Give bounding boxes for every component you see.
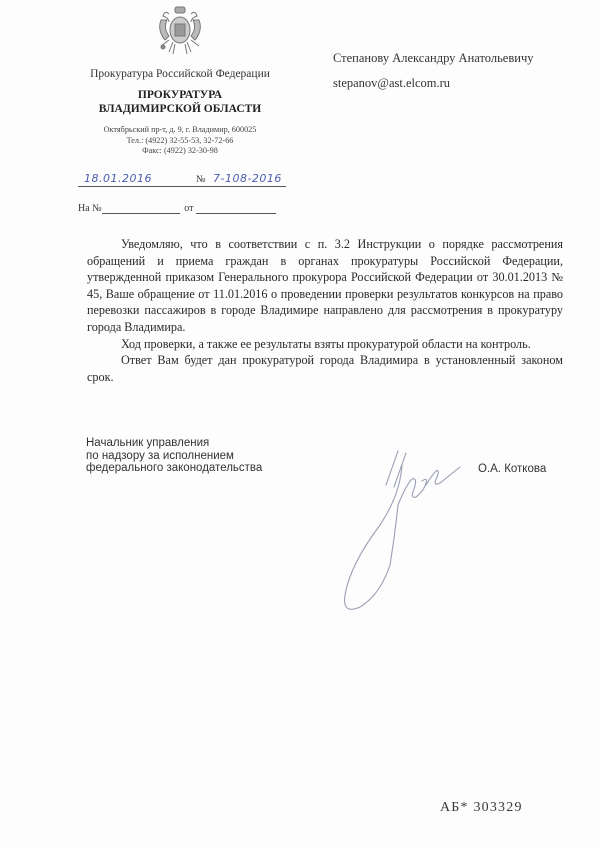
org-address: Октябрьский пр-т, д. 9, г. Владимир, 600…: [60, 125, 300, 136]
form-serial-number: АБ* 303329: [440, 800, 523, 816]
org-title-line1: ПРОКУРАТУРА: [60, 88, 300, 102]
reference-label: На №: [78, 203, 102, 214]
signer-position: Начальник управления по надзору за испол…: [86, 437, 262, 475]
position-line: по надзору за исполнением: [86, 450, 262, 463]
position-line: Начальник управления: [86, 437, 262, 450]
number-label: №: [196, 174, 206, 185]
reference-number-blank: [102, 203, 180, 214]
org-parent-name: Прокуратура Российской Федерации: [60, 68, 300, 80]
body-paragraph: Ход проверки, а также ее результаты взят…: [87, 336, 563, 353]
registration-line: 18.01.2016 № 7-108-2016: [78, 172, 286, 187]
org-title: ПРОКУРАТУРА ВЛАДИМИРСКОЙ ОБЛАСТИ: [60, 88, 300, 116]
org-fax: Факс: (4922) 32-30-98: [60, 146, 300, 157]
org-phone: Тел.: (4922) 32-55-53, 32-72-66: [60, 136, 300, 147]
handwritten-signature-icon: [340, 445, 480, 620]
body-paragraph: Уведомляю, что в соответствии с п. 3.2 И…: [87, 236, 563, 336]
letter-body: Уведомляю, что в соответствии с п. 3.2 И…: [87, 236, 563, 385]
position-line: федерального законодательства: [86, 462, 262, 475]
recipient-email: stepanov@ast.elcom.ru: [333, 76, 450, 91]
reference-from-label: от: [184, 203, 193, 214]
signer-name: О.А. Коткова: [478, 463, 546, 475]
body-paragraph: Ответ Вам будет дан прокуратурой города …: [87, 352, 563, 385]
org-contacts: Октябрьский пр-т, д. 9, г. Владимир, 600…: [60, 125, 300, 157]
registration-number: 7-108-2016: [213, 172, 282, 185]
reference-line: На № от: [78, 203, 276, 214]
reference-date-blank: [196, 203, 276, 214]
registration-date: 18.01.2016: [84, 172, 152, 185]
double-headed-eagle-icon: [155, 6, 205, 58]
org-title-line2: ВЛАДИМИРСКОЙ ОБЛАСТИ: [60, 102, 300, 116]
recipient-name: Степанову Александру Анатольевичу: [333, 51, 533, 66]
